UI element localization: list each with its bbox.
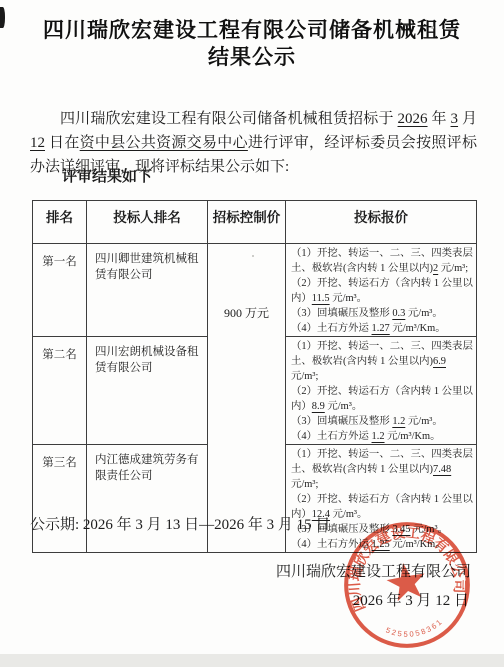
quote-text: （3）回填碾压及整形 [291,308,392,319]
quote-unit: 元/m³。 [330,293,367,304]
quote-cell: （1）开挖、转运一、二、三、四类表层土、极软岩(含内转 1 公里以内)2 元/m… [286,244,477,337]
quote-cell: （1）开挖、转运一、二、三、四类表层土、极软岩(含内转 1 公里以内)6.9 元… [286,337,477,445]
bidder-cell: 四川卿世建筑机械租赁有限公司 [87,244,208,337]
results-table: 排名 投标人排名 招标控制价 投标报价 第一名四川卿世建筑机械租赁有限公司900… [32,200,477,553]
document-page: 四川瑞欣宏建设工程有限公司储备机械租赁 结果公示 四川瑞欣宏建设工程有限公司储备… [0,0,504,667]
quote-item: （1）开挖、转运一、二、三、四类表层土、极软岩(含内转 1 公里以内)2 元/m… [291,246,473,276]
scan-artifact [252,255,254,257]
quote-text: （4）土石方外运 [291,323,372,334]
quote-unit: 元/m³/Km。 [390,323,446,334]
page-title-line1: 四川瑞欣宏建设工程有限公司储备机械租赁 [0,17,504,44]
quote-value: 1.2 [372,431,385,442]
quote-item: （1）开挖、转运一、二、三、四类表层土、极软岩(含内转 1 公里以内)6.9 元… [291,339,473,384]
bidder-cell: 四川宏朗机械设备租赁有限公司 [87,337,208,445]
quote-value: 1.27 [372,323,390,334]
quote-item: （1）开挖、转运一、二、三、四类表层土、极软岩(含内转 1 公里以内)7.48 … [291,447,473,492]
review-venue: 资中县公共资源交易中心 [80,135,248,151]
quote-unit: 元/m³。 [325,401,362,412]
quote-value: 11.5 [312,293,330,304]
scan-artifact [0,654,504,667]
quote-item: （4）土石方外运 1.27 元/m³/Km。 [291,321,473,336]
scan-artifact [431,26,434,29]
seal-star-icon [384,560,428,603]
rank-cell: 第三名 [33,445,87,553]
page-title-line2: 结果公示 [0,44,504,71]
rank-cell: 第一名 [33,244,87,337]
quote-item: （3）回填碾压及整形 1.2 元/m³。 [291,414,473,429]
quote-value: 0.3 [392,308,405,319]
quote-unit: 元/m³; [291,479,318,490]
col-header-quote: 投标报价 [286,201,477,244]
intro-text: 年 [428,111,451,127]
bidder-cell: 内江德成建筑劳务有限责任公司 [87,445,208,553]
quote-unit: 元/m³/Km。 [385,431,441,442]
quote-unit: 元/m³。 [405,416,442,427]
rank-cell: 第二名 [33,337,87,445]
page-title: 四川瑞欣宏建设工程有限公司储备机械租赁 结果公示 [0,17,504,71]
section-heading: 评审结果如下 [62,165,152,186]
bid-day: 12 [30,135,45,151]
quote-text: （4）土石方外运 [291,431,372,442]
quote-item: （3）回填碾压及整形 0.3 元/m³。 [291,306,473,321]
quote-unit: 元/m³; [438,263,468,274]
quote-value: 6.9 [433,356,446,367]
control-price-cell: 900 万元 [208,244,286,553]
table-header-row: 排名 投标人排名 招标控制价 投标报价 [33,201,477,244]
quote-unit: 元/m³。 [405,308,442,319]
quote-value: 1.2 [392,416,405,427]
quote-item: （2）开挖、转运石方（含内转 1 公里以内）11.5 元/m³。 [291,276,473,306]
col-header-control-price: 招标控制价 [208,201,286,244]
col-header-bidder: 投标人排名 [87,201,208,244]
quote-item: （2）开挖、转运石方（含内转 1 公里以内）8.9 元/m³。 [291,384,473,414]
quote-unit: 元/m³; [291,371,318,382]
bid-year: 2026 [398,111,428,127]
intro-text: 四川瑞欣宏建设工程有限公司储备机械租赁招标于 [60,111,398,127]
table-row: 第一名四川卿世建筑机械租赁有限公司900 万元（1）开挖、转运一、二、三、四类表… [33,244,477,337]
quote-value: 8.9 [312,401,325,412]
bid-month: 3 [451,111,459,127]
intro-text: 月 [458,111,477,127]
quote-value: 7.48 [433,464,451,475]
company-seal-stamp: 四川瑞欣宏建设工程有限公司 5255058361 [322,500,491,667]
col-header-rank: 排名 [33,201,87,244]
publicity-period: 公示期: 2026 年 3 月 13 日—2026 年 3 月 15 日 [30,513,330,534]
quote-text: （3）回填碾压及整形 [291,416,392,427]
quote-item: （4）土石方外运 1.2 元/m³/Km。 [291,429,473,444]
intro-text: 日在 [45,135,80,151]
